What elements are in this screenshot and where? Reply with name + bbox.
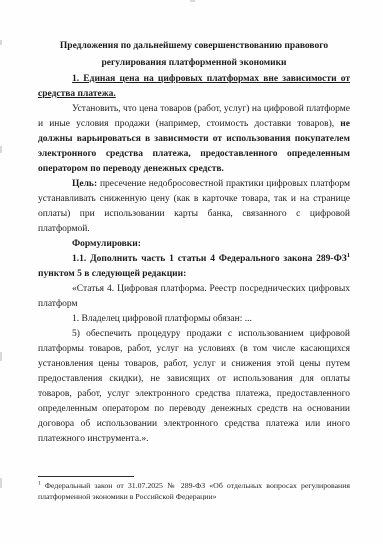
paragraph-platform-owner: 1. Владелец цифровой платформы обязан: .… bbox=[38, 312, 350, 327]
footnote-reference: 1 bbox=[347, 252, 350, 259]
paragraph-establish-regular: Установить, что цена товаров (работ, усл… bbox=[38, 104, 350, 129]
document-page: Предложения по дальнейшему совершенствов… bbox=[0, 0, 383, 544]
paragraph-goal: Цель: пресечение недобросовестной практи… bbox=[38, 177, 350, 237]
scan-artifact bbox=[0, 146, 2, 153]
footnote-text: 1 Федеральный закон от 31.07.2025 № 289-… bbox=[38, 480, 350, 502]
section-heading-1: 1. Единая цена на цифровых платформах вн… bbox=[38, 72, 350, 102]
scan-artifact bbox=[0, 478, 2, 488]
footnote-section: 1 Федеральный закон от 31.07.2025 № 289-… bbox=[38, 476, 350, 502]
paragraph-goal-label: Цель: bbox=[72, 179, 100, 189]
paragraph-article-4: «Статья 4. Цифровая платформа. Реестр по… bbox=[38, 282, 350, 312]
paragraph-item-5: 5) обеспечить процедуру продажи с исполь… bbox=[38, 327, 350, 447]
document-title: Предложения по дальнейшему совершенствов… bbox=[38, 38, 350, 72]
footnote-separator bbox=[38, 476, 134, 477]
paragraph-1-1: 1.1. Дополнить часть 1 статьи 4 Федераль… bbox=[38, 252, 350, 282]
section-heading-1-text: 1. Единая цена на цифровых платформах вн… bbox=[38, 74, 350, 99]
scan-artifact bbox=[0, 352, 2, 361]
paragraph-1-1-tail: пунктом 5 в следующей редакции: bbox=[38, 269, 186, 279]
scan-artifact bbox=[0, 40, 2, 45]
paragraph-1-1-text: 1.1. Дополнить часть 1 статьи 4 Федераль… bbox=[72, 254, 347, 264]
formulations-heading: Формулировки: bbox=[38, 237, 350, 252]
scan-artifact bbox=[190, 0, 195, 2]
footnote-body: Федеральный закон от 31.07.2025 № 289-ФЗ… bbox=[38, 481, 350, 501]
paragraph-establish: Установить, что цена товаров (работ, усл… bbox=[38, 102, 350, 177]
